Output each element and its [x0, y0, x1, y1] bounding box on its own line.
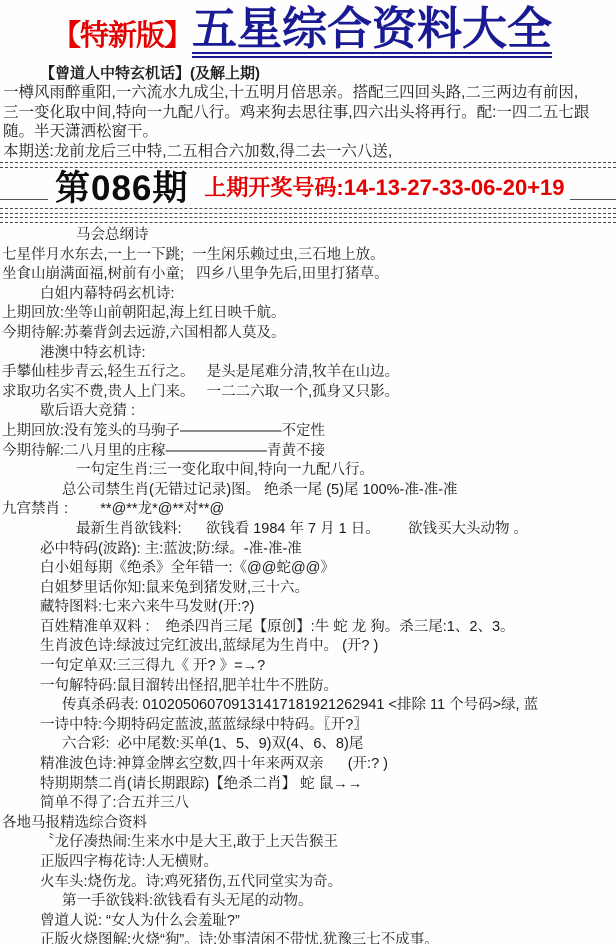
- text-line: 马会总纲诗: [0, 226, 616, 246]
- text-line: 九宫禁肖 : **@**龙*@**对**@: [0, 500, 616, 520]
- text-line: 白姐梦里话你知:鼠来兔到猪发财,三十六。: [0, 579, 616, 599]
- text-line: 总公司禁生肖(无错过记录)图。 绝杀一尾 (5)尾 100%-准-准-准: [0, 481, 616, 501]
- text-line: 上期回放:坐等山前朝阳起,海上红日映千航。: [0, 304, 616, 324]
- text-line: 今期待解:苏蓁背剑去远游,六国相都人莫及。: [0, 324, 616, 344]
- text-line: 精准波色诗:神算金牌玄空数,四十年来两双亲 (开:? ): [0, 755, 616, 775]
- text-line: 传真杀码表: 010205060709131417181921262941 <排…: [0, 696, 616, 716]
- text-line: 必中特码(波路): 主:蓝波;防:绿。-准-准-准: [0, 540, 616, 560]
- text-line: 特期期禁二肖(请长期跟踪)【绝杀二肖】 蛇 鼠→→: [0, 775, 616, 795]
- text-line: 藏特图料:七来六来牛马发财(开:?): [0, 598, 616, 618]
- text-line: 港澳中特玄机诗:: [0, 344, 616, 364]
- text-line: 求取功名实不费,贵人上门来。 一二二六取一个,孤身又只影。: [0, 383, 616, 403]
- text-line: 白姐内幕特码玄机诗:: [0, 285, 616, 305]
- text-line: 歇后语大竞猜 :: [0, 402, 616, 422]
- rule-line-right: [570, 199, 616, 200]
- text-line: 本期送:龙前龙后三中特,二五相合六加数,得二去一六八送,: [3, 142, 616, 162]
- issue-number: 第086期: [55, 171, 188, 206]
- text-line: 一句解特码:鼠目溜转出怪招,肥羊壮牛不胜防。: [0, 677, 616, 697]
- page-title: 五星综合资料大全: [192, 6, 552, 58]
- text-line: 坐食山崩满面福,树前有小童; 四乡八里争先后,田里打猪草。: [0, 265, 616, 285]
- text-line: 白小姐每期《绝杀》全年错一:《@@蛇@@》: [0, 559, 616, 579]
- text-line: 一句定单双:三三得九《 开? 》=→?: [0, 657, 616, 677]
- text-line: 生肖波色诗:绿波过完红波出,蓝绿尾为生肖中。 (开? ): [0, 637, 616, 657]
- text-line: 三一变化取中间,特向一九配八行。鸡来狗去思往事,四六出头将再行。配:一四二五七跟: [3, 103, 616, 123]
- text-line: 各地马报精选综合资料: [0, 814, 616, 834]
- text-line: 曾道人说: “女人为什么会羞耻?”: [0, 912, 616, 932]
- zeng-section-heading: 【曾道人中特玄机话】(及解上期): [0, 64, 616, 83]
- text-line: 最新生肖欲钱料: 欲钱看 1984 年 7 月 1 日。 欲钱买大头动物 。: [0, 520, 616, 540]
- zeng-paragraph: 一樽风雨醉重阳,一六流水九成尘,十五明月倍思亲。搭配三四回头路,二三两边有前因,…: [0, 83, 616, 161]
- text-line: 六合彩: 必中尾数:买单(1、5、9)双(4、6、8)尾: [0, 735, 616, 755]
- text-line: 上期回放:没有笼头的马驹子———————不定性: [0, 422, 616, 442]
- text-line: 手攀仙桂步青云,轻生五行之。 是头是尾难分清,牧羊在山边。: [0, 363, 616, 383]
- divider-line: [0, 217, 616, 223]
- issue-bar: 第086期 上期开奖号码: 14-13-27-33-06-20+19: [0, 169, 616, 207]
- content-lines: 马会总纲诗 七星伴月水东去,一上一下跳; 一生闲乐赖过虫,三石地上放。 坐食山崩…: [0, 224, 616, 944]
- text-line: 〝龙仔凑热闹:生来水中是大王,敢于上天告猴王: [0, 833, 616, 853]
- lottery-tip-sheet: 【特新版】 五星综合资料大全 【曾道人中特玄机话】(及解上期) 一樽风雨醉重阳,…: [0, 0, 616, 944]
- text-line: 随。半天潇洒松窗干。: [3, 122, 616, 142]
- text-line: 正版四字梅花诗:人无横财。: [0, 853, 616, 873]
- divider-line: [0, 208, 616, 214]
- text-line: 火车头:烧伤龙。诗:鸡死猪伤,五代同堂实为奇。: [0, 873, 616, 893]
- text-line: 一诗中特:今期特码定蓝波,蓝蓝绿绿中特码。〖开?〗: [0, 716, 616, 736]
- text-line: 七星伴月水东去,一上一下跳; 一生闲乐赖过虫,三石地上放。: [0, 246, 616, 266]
- text-line: 简单不得了:合五并三八: [0, 794, 616, 814]
- previous-draw-label: 上期开奖号码:: [204, 177, 343, 199]
- edition-tag: 【特新版】: [52, 22, 192, 58]
- divider-line: [0, 162, 616, 168]
- text-line: 百姓精准单双料 : 绝杀四肖三尾【原创】:牛 蛇 龙 狗。杀三尾:1、2、3。: [0, 618, 616, 638]
- text-line: 第一手欲钱料:欲钱看有头无尾的动物。: [0, 892, 616, 912]
- masthead: 【特新版】 五星综合资料大全: [0, 0, 616, 58]
- text-line: 正版火烧图解:火烧“狗”。诗:处事清闲不带忧,犹豫三七不成事。: [0, 931, 616, 944]
- rule-line-left: [0, 199, 48, 200]
- previous-draw-numbers: 14-13-27-33-06-20+19: [344, 177, 565, 199]
- text-line: 一樽风雨醉重阳,一六流水九成尘,十五明月倍思亲。搭配三四回头路,二三两边有前因,: [3, 83, 616, 103]
- text-line: 今期待解:二八月里的庄稼———————青黄不接: [0, 442, 616, 462]
- text-line: 一句定生肖:三一变化取中间,特向一九配八行。: [0, 461, 616, 481]
